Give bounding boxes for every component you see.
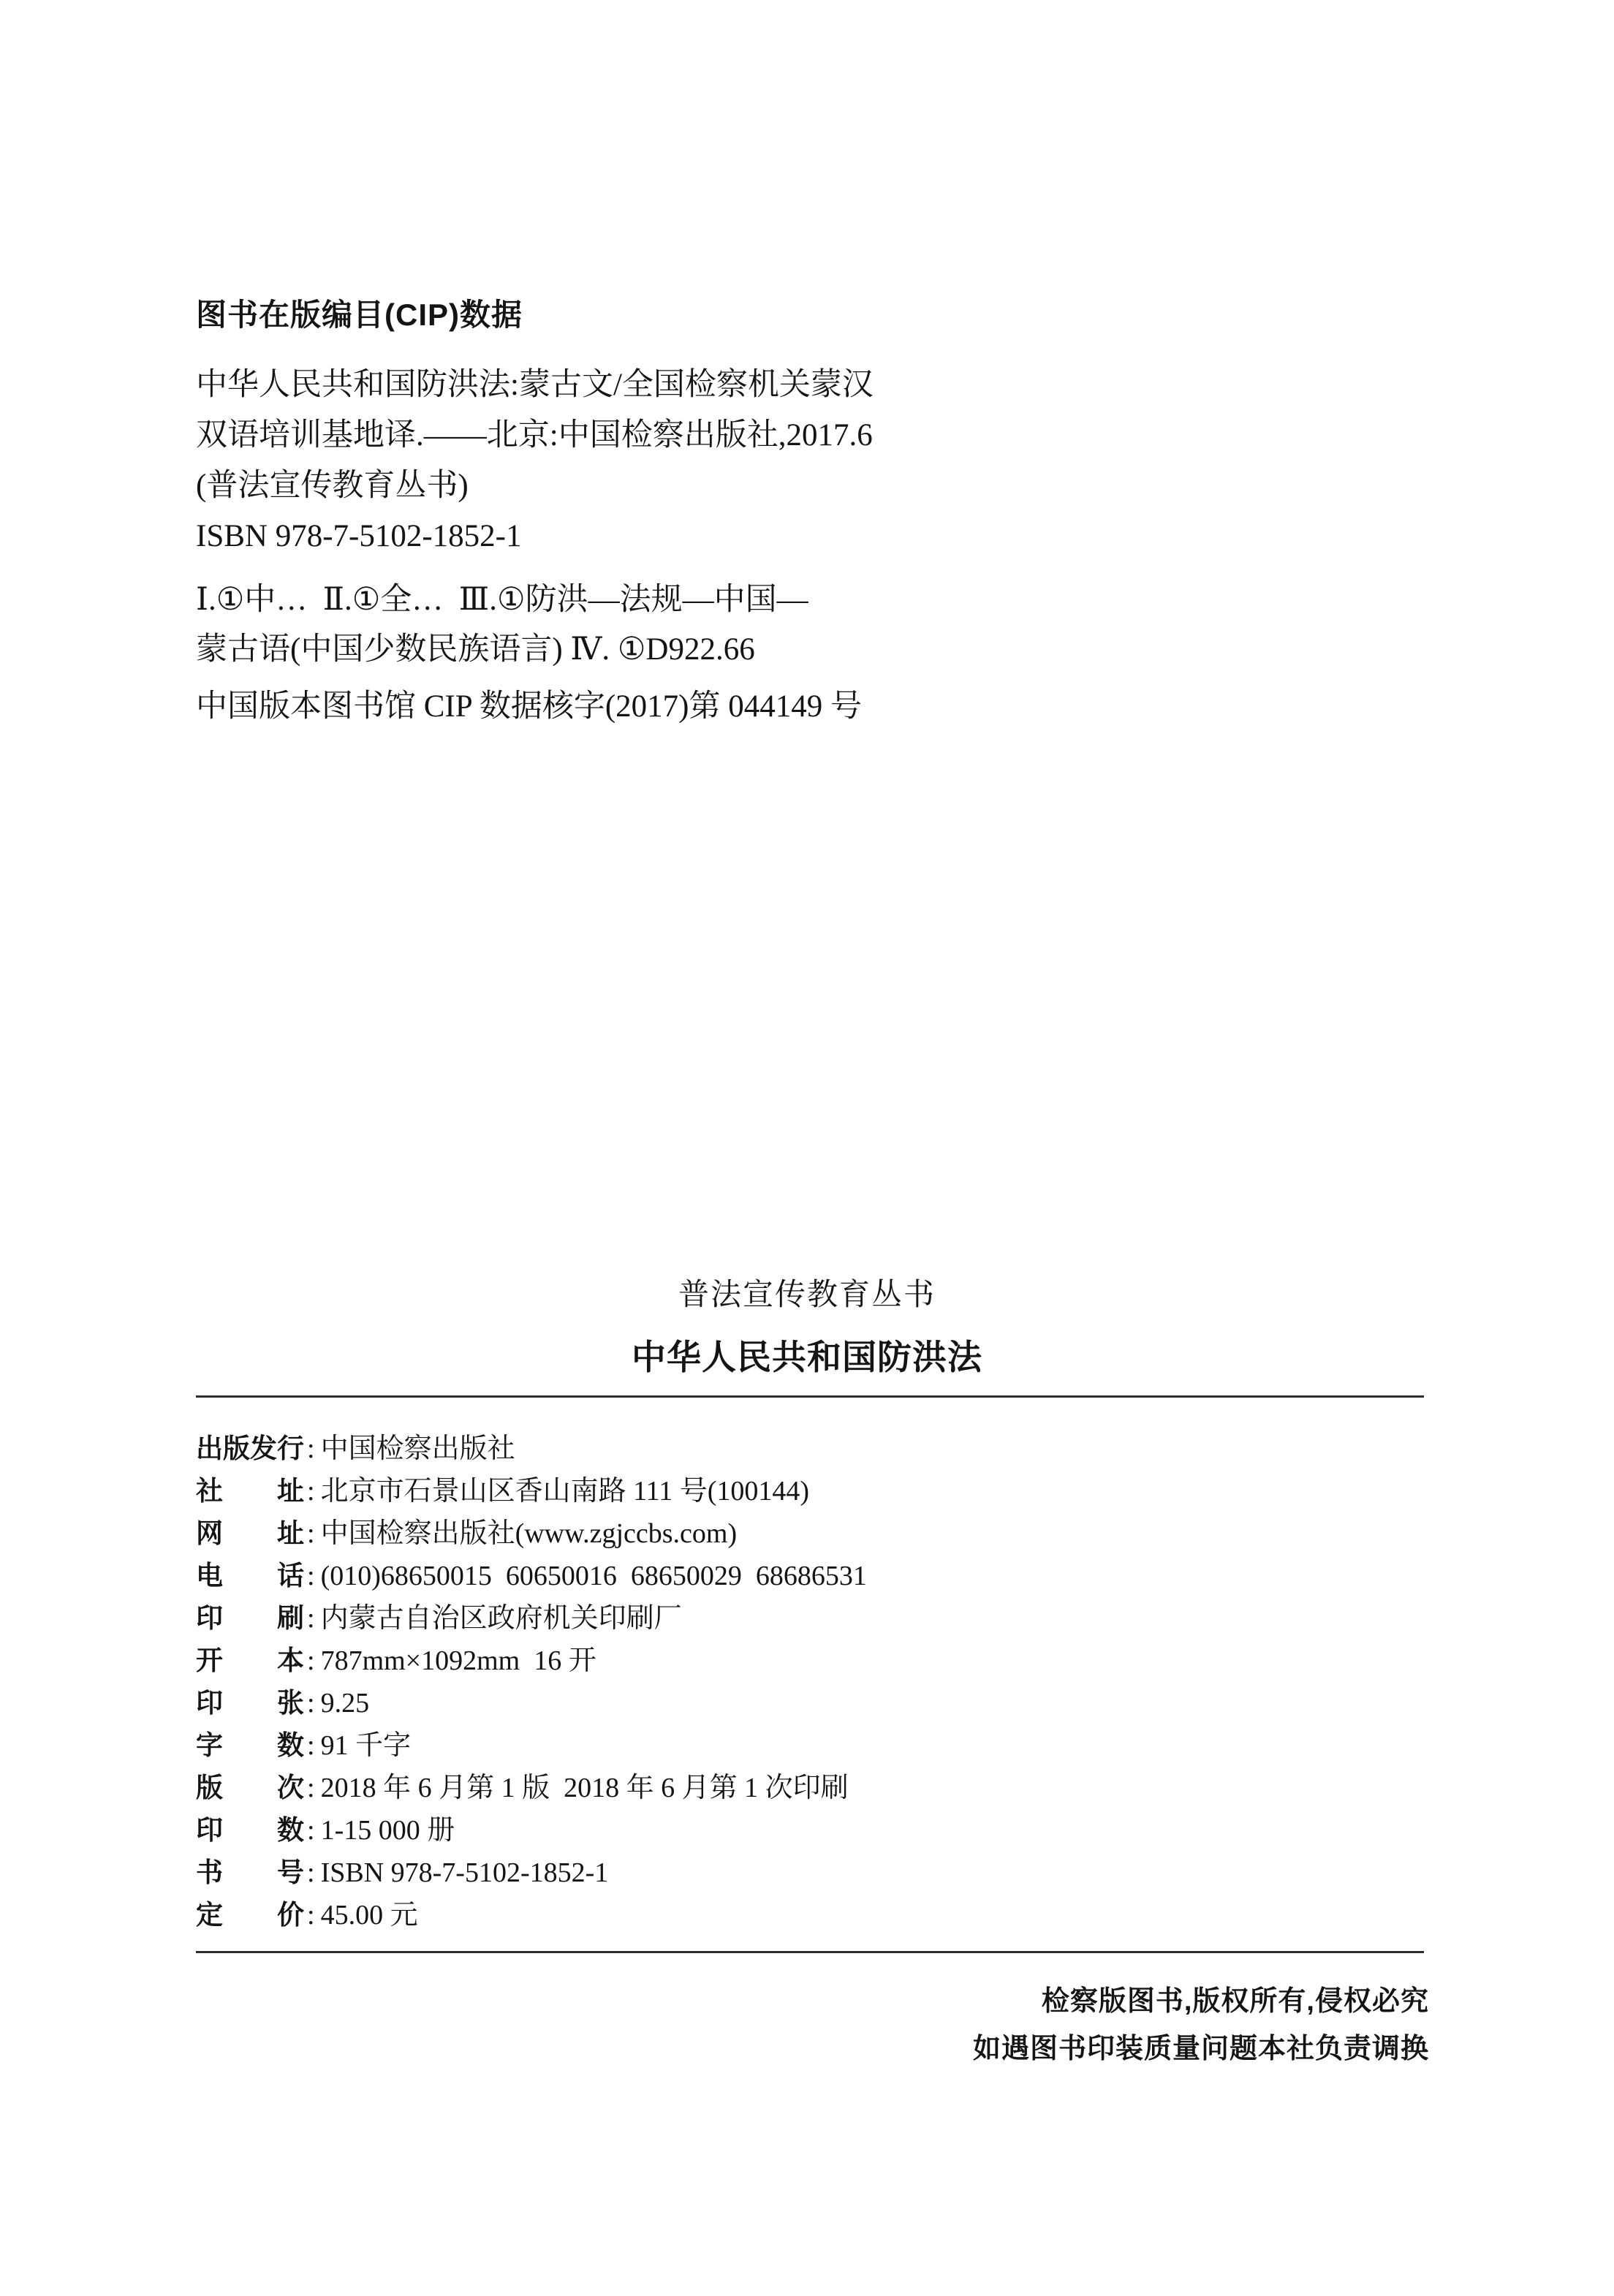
cip-record: 中华人民共和国防洪法:蒙古文/全国检察机关蒙汉双语培训基地译.——北京:中国检察… [196,360,1431,561]
colophon-colon: : [304,1773,321,1803]
colophon-row: 印张:9.25 [196,1682,1431,1724]
copyright-notice-line: 检察版图书,版权所有,侵权必究 [973,1978,1429,2026]
colophon-value: 中国检察出版社 [321,1433,515,1464]
colophon-row: 网址:中国检察出版社(www.zgjccbs.com) [196,1512,1431,1555]
cip-classification-line: Ⅰ.①中… Ⅱ.①全… Ⅲ.①防洪—法规—中国— [196,575,1431,625]
colophon-label: 定价 [196,1894,304,1936]
colophon-label: 印刷 [196,1597,304,1640]
cip-record-line: ISBN 978-7-5102-1852-1 [196,511,1431,561]
book-title: 中华人民共和国防洪法 [0,1330,1614,1379]
cip-registry-line: 中国版本图书馆 CIP 数据核字(2017)第 044149 号 [196,685,1431,729]
colophon-colon: : [304,1688,321,1719]
colophon-value: 2018 年 6 月第 1 版 2018 年 6 月第 1 次印刷 [321,1773,849,1803]
colophon-value: 中国检察出版社(www.zgjccbs.com) [321,1518,738,1549]
colophon-label: 电话 [196,1555,304,1597]
colophon-row: 版次:2018 年 6 月第 1 版 2018 年 6 月第 1 次印刷 [196,1767,1431,1809]
colophon-colon: : [304,1900,321,1931]
divider-top [196,1395,1424,1398]
colophon-row: 开本:787mm×1092mm 16 开 [196,1640,1431,1682]
colophon-value: 45.00 元 [321,1900,418,1931]
colophon-value: 787mm×1092mm 16 开 [321,1645,596,1676]
colophon-label: 社址 [196,1470,304,1512]
cip-block: 图书在版编目(CIP)数据 中华人民共和国防洪法:蒙古文/全国检察机关蒙汉双语培… [196,298,1431,729]
colophon-row: 字数:91 千字 [196,1724,1431,1767]
colophon-row: 书号:ISBN 978-7-5102-1852-1 [196,1852,1431,1894]
colophon-colon: : [304,1857,321,1888]
cip-classification: Ⅰ.①中… Ⅱ.①全… Ⅲ.①防洪—法规—中国—蒙古语(中国少数民族语言) Ⅳ.… [196,575,1431,675]
cip-record-line: 双语培训基地译.——北京:中国检察出版社,2017.6 [196,410,1431,461]
divider-bottom [196,1951,1424,1953]
colophon-row: 出版发行:中国检察出版社 [196,1428,1431,1470]
colophon-label: 印张 [196,1682,304,1724]
colophon-label: 印数 [196,1809,304,1852]
colophon-row: 印数:1-15 000 册 [196,1809,1431,1852]
colophon-label: 开本 [196,1640,304,1682]
colophon-value: 内蒙古自治区政府机关印刷厂 [321,1603,682,1634]
colophon-label: 出版发行 [196,1428,304,1470]
colophon-colon: : [304,1815,321,1846]
colophon-colon: : [304,1730,321,1761]
colophon-value: ISBN 978-7-5102-1852-1 [321,1857,609,1888]
colophon-value: (010)68650015 60650016 68650029 68686531 [321,1561,867,1591]
colophon-colon: : [304,1518,321,1549]
colophon-row: 印刷:内蒙古自治区政府机关印刷厂 [196,1597,1431,1640]
colophon-value: 1-15 000 册 [321,1815,455,1846]
colophon-value: 9.25 [321,1688,370,1719]
colophon-table: 出版发行:中国检察出版社 社址:北京市石景山区香山南路 111 号(100144… [196,1428,1431,1936]
cip-classification-line: 蒙古语(中国少数民族语言) Ⅳ. ①D922.66 [196,625,1431,675]
copyright-notice-line: 如遇图书印装质量问题本社负责调换 [973,2026,1429,2073]
colophon-label: 字数 [196,1724,304,1767]
colophon-label: 版次 [196,1767,304,1809]
copyright-page: 图书在版编目(CIP)数据 中华人民共和国防洪法:蒙古文/全国检察机关蒙汉双语培… [0,0,1614,2296]
colophon-colon: : [304,1603,321,1634]
colophon-colon: : [304,1433,321,1464]
colophon-colon: : [304,1476,321,1507]
colophon-row: 社址:北京市石景山区香山南路 111 号(100144) [196,1470,1431,1512]
cip-record-line: 中华人民共和国防洪法:蒙古文/全国检察机关蒙汉 [196,360,1431,410]
colophon-row: 电话:(010)68650015 60650016 68650029 68686… [196,1555,1431,1597]
colophon-colon: : [304,1561,321,1591]
cip-record-line: (普法宣传教育丛书) [196,461,1431,511]
colophon-value: 北京市石景山区香山南路 111 号(100144) [321,1476,810,1507]
colophon-label: 书号 [196,1852,304,1894]
colophon-colon: : [304,1645,321,1676]
copyright-notices: 检察版图书,版权所有,侵权必究如遇图书印装质量问题本社负责调换 [973,1978,1429,2073]
colophon-label: 网址 [196,1512,304,1555]
cip-heading: 图书在版编目(CIP)数据 [196,298,1431,332]
series-title: 普法宣传教育丛书 [0,1270,1614,1314]
colophon-value: 91 千字 [321,1730,412,1761]
colophon-row: 定价:45.00 元 [196,1894,1431,1936]
